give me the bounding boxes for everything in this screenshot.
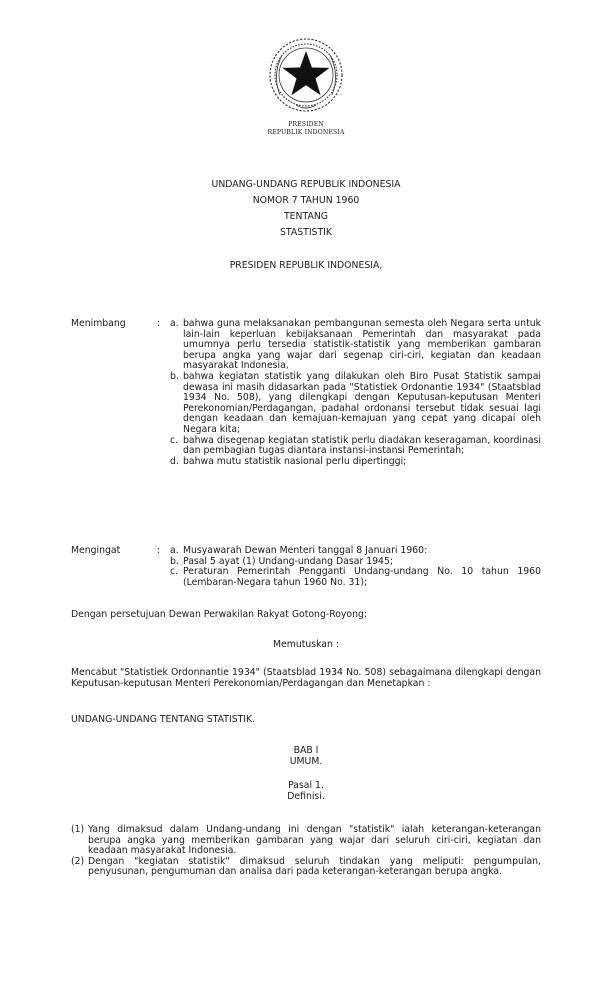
mengingat-list: a. Musyawarah Dewan Menteri tanggal 8 Ja… xyxy=(170,546,541,588)
list-item: a. Musyawarah Dewan Menteri tanggal 8 Ja… xyxy=(170,546,541,557)
chapter-number: BAB I xyxy=(0,746,612,757)
chapter-name: UMUM. xyxy=(0,757,612,768)
article-number: Pasal 1. xyxy=(0,781,612,792)
article-1-list: (1) Yang dimaksud dalam Undang-undang in… xyxy=(71,825,541,878)
seal-caption-presiden: PRESIDEN xyxy=(0,121,612,129)
menetapkan-title: UNDANG-UNDANG TENTANG STATISTIK. xyxy=(71,715,541,726)
mencabut-paragraph: Mencabut "Statistiek Ordonnantie 1934" (… xyxy=(71,668,541,689)
issuer-heading: PRESIDEN REPUBLIK INDONESIA, xyxy=(0,258,612,273)
list-item: b. bahwa kegiatan statistik yang dilakuk… xyxy=(170,372,541,436)
menimbang-colon: : xyxy=(157,319,160,330)
menimbang-list: a. bahwa guna melaksanakan pembangunan s… xyxy=(170,319,541,467)
law-number: NOMOR 7 TAHUN 1960 xyxy=(0,193,612,208)
list-item: d. bahwa mutu statistik nasional perlu d… xyxy=(170,457,541,468)
law-title: UNDANG-UNDANG REPUBLIK INDONESIA xyxy=(0,177,612,192)
list-item: (1) Yang dimaksud dalam Undang-undang in… xyxy=(71,825,541,857)
menimbang-label: Menimbang xyxy=(71,319,126,330)
list-item: (2) Dengan "kegiatan statistik" dimaksud… xyxy=(71,857,541,878)
list-item: c. Peraturan Pemerintah Pengganti Undang… xyxy=(170,567,541,588)
garuda-emblem-icon xyxy=(266,35,346,115)
law-tentang: TENTANG xyxy=(0,209,612,224)
list-item: c. bahwa disegenap kegiatan statistik pe… xyxy=(170,436,541,457)
mengingat-label: Mengingat xyxy=(71,546,120,557)
article-name: Definisi. xyxy=(0,792,612,803)
law-subject: STASTISTIK xyxy=(0,225,612,240)
memutuskan-heading: Memutuskan : xyxy=(0,640,612,651)
list-item: a. bahwa guna melaksanakan pembangunan s… xyxy=(170,319,541,372)
seal-caption-republik: REPUBLIK INDONESIA xyxy=(0,129,612,137)
persetujuan-text: Dengan persetujuan Dewan Perwakilan Raky… xyxy=(71,610,541,621)
mengingat-colon: : xyxy=(157,546,160,557)
